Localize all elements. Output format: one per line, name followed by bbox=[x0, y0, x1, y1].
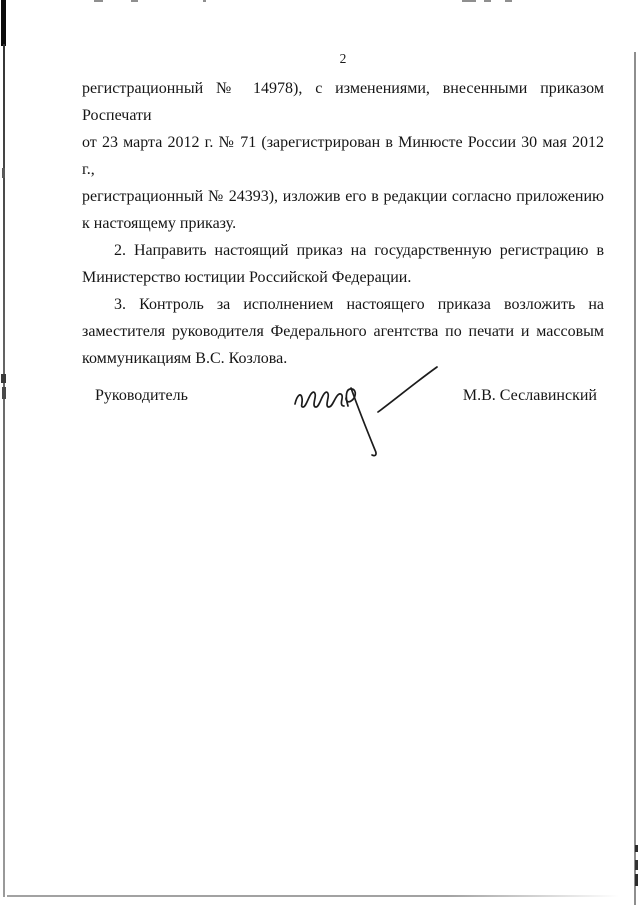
document-body: регистрационный № 14978), с изменениями,… bbox=[82, 75, 604, 372]
scan-edge-artifact-mark bbox=[635, 874, 638, 886]
body-line: к настоящему приказу. bbox=[82, 210, 604, 237]
body-line: 2. Направить настоящий приказ на государ… bbox=[82, 237, 604, 264]
scan-edge-artifact-mark bbox=[2, 168, 5, 178]
scan-edge-artifact-mark bbox=[484, 0, 491, 2]
scan-edge-artifact-top-left-bar bbox=[1, 0, 6, 46]
scan-edge-artifact-mark bbox=[131, 0, 138, 2]
scan-edge-artifact-mark bbox=[635, 845, 638, 852]
scan-edge-right-border bbox=[634, 52, 636, 905]
scan-edge-artifact-mark bbox=[203, 0, 206, 2]
body-line: регистрационный № 24393), изложив его в … bbox=[82, 183, 604, 210]
scan-edge-artifact-mark bbox=[505, 0, 512, 2]
scan-edge-artifact-mark bbox=[1, 374, 6, 383]
body-line: заместителя руководителя Федерального аг… bbox=[82, 318, 604, 345]
signer-title: Руководитель bbox=[95, 387, 188, 405]
body-line: Министерство юстиции Российской Федераци… bbox=[82, 264, 604, 291]
scan-edge-artifact-mark bbox=[2, 387, 6, 399]
scan-edge-artifact-mark bbox=[635, 860, 638, 870]
scanned-document-page: 2 регистрационный № 14978), с изменениям… bbox=[0, 0, 640, 905]
handwritten-signature-icon bbox=[288, 360, 443, 462]
scan-edge-bottom-border bbox=[7, 895, 619, 897]
body-line: от 23 марта 2012 г. № 71 (зарегистрирова… bbox=[82, 129, 604, 183]
scan-edge-artifact-mark bbox=[94, 0, 103, 2]
page-number: 2 bbox=[82, 51, 604, 67]
signer-name: М.В. Сеславинский bbox=[463, 387, 597, 405]
body-line: 3. Контроль за исполнением настоящего пр… bbox=[82, 291, 604, 318]
scan-edge-artifact-mark bbox=[462, 0, 476, 2]
body-line: регистрационный № 14978), с изменениями,… bbox=[82, 75, 604, 129]
